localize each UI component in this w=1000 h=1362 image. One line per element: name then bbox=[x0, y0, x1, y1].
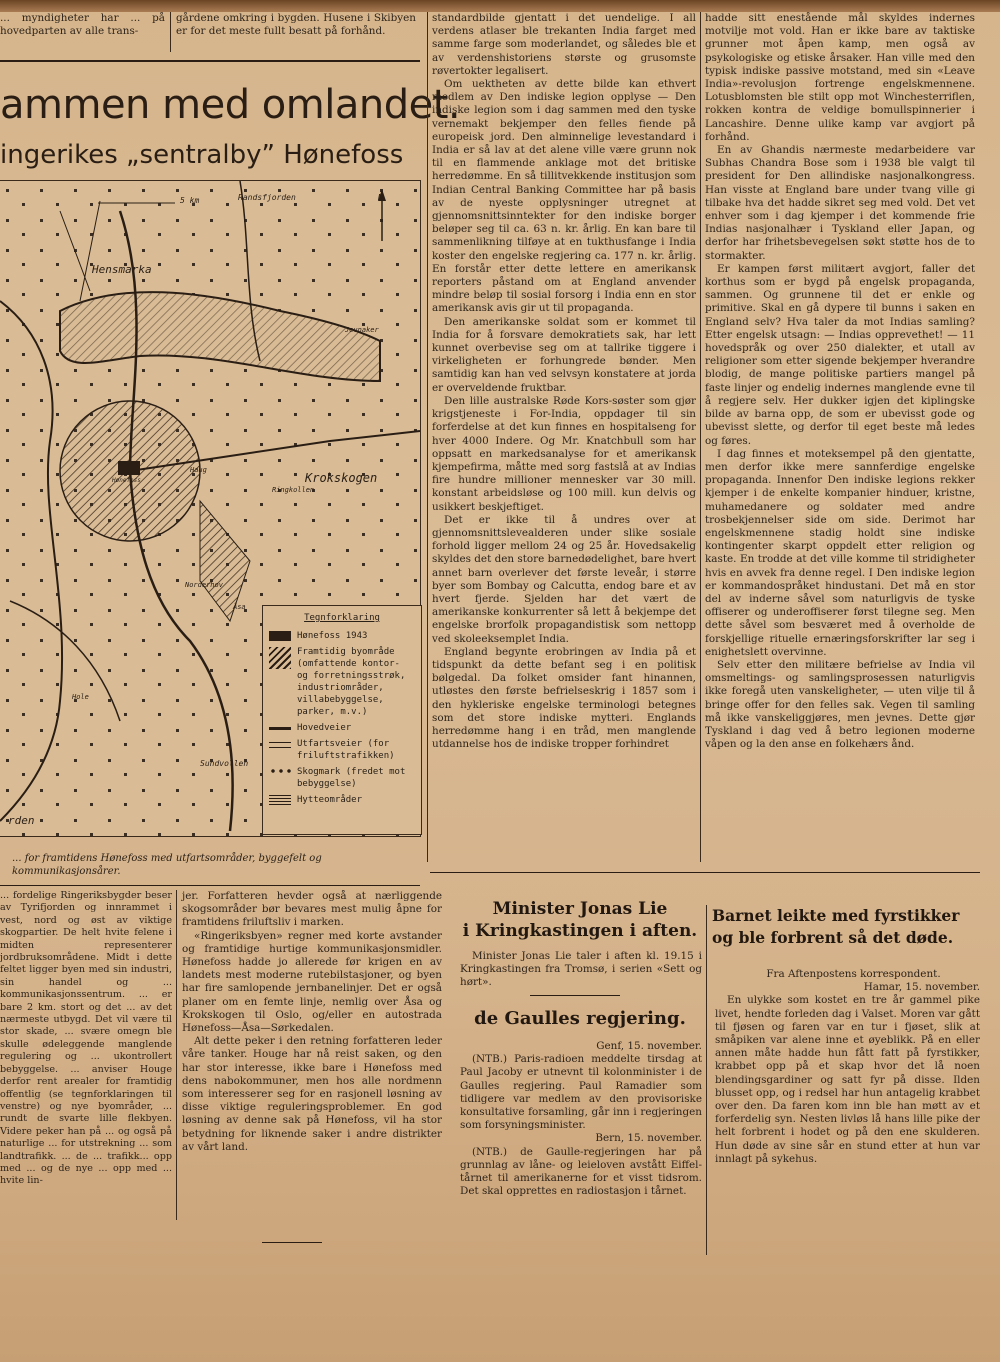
paragraph: «Ringeriksbyen» regner med korte avstand… bbox=[182, 930, 442, 1036]
column-rule bbox=[170, 12, 171, 52]
fragment-text: ... myndigheter har ... på hovedparten a… bbox=[0, 12, 165, 38]
headline-line: Barnet leikte med fyrstikker bbox=[712, 905, 982, 927]
ringerike-column-2: jer. Forfatteren hevder også at nærligge… bbox=[182, 890, 442, 1154]
paragraph: jer. Forfatteren hevder også at nærligge… bbox=[182, 890, 442, 930]
lie-body: Minister Jonas Lie taler i aften kl. 19.… bbox=[460, 950, 702, 990]
map-label-honefoss: Hønefoss bbox=[112, 477, 141, 484]
paragraph: (NTB.) de Gaulle-regjeringen har på grun… bbox=[460, 1146, 702, 1199]
map-label-randsfjorden: Randsfjorden bbox=[238, 193, 296, 202]
section-rule bbox=[0, 885, 420, 886]
dateline: Hamar, 15. november. bbox=[715, 981, 980, 994]
paragraph: Den lille australske Røde Kors-søster so… bbox=[432, 395, 696, 514]
dots-swatch-icon bbox=[269, 767, 291, 777]
legend-item: Utfartsveier (for friluftstrafikken) bbox=[269, 738, 415, 762]
map-label-krokskogen: Krokskogen bbox=[305, 471, 377, 485]
paragraph: I dag finnes et moteksempel på den gjent… bbox=[705, 448, 975, 659]
paragraph: England begynte erobringen av India på e… bbox=[432, 646, 696, 752]
legend-label: Framtidig byområde (omfattende kontor- o… bbox=[297, 646, 415, 718]
lie-headline: Minister Jonas Lie i Kringkastingen i af… bbox=[455, 898, 705, 942]
end-rule bbox=[262, 1242, 322, 1243]
map-label-fjorden: rden bbox=[8, 814, 35, 827]
india-column-2: hadde sitt enestående mål skyldes indern… bbox=[705, 12, 975, 751]
grid-swatch-icon bbox=[269, 795, 291, 805]
paragraph: En av Ghandis nærmeste medarbeidere var … bbox=[705, 144, 975, 263]
main-headline: ammen med omlandet. bbox=[0, 82, 460, 128]
byline: Fra Aftenpostens korrespondent. bbox=[715, 968, 980, 981]
map-label-hole: Hole bbox=[72, 693, 89, 701]
map-label-hensmarka: Hensmarka bbox=[92, 263, 152, 276]
road-line-icon bbox=[269, 727, 291, 730]
map-label-sundvollen: Sundvollen bbox=[200, 759, 248, 768]
paragraph: hadde sitt enestående mål skyldes indern… bbox=[705, 12, 975, 144]
solid-swatch-icon bbox=[269, 631, 291, 641]
paragraph: ... fordelige Ringeriksbygder beser av T… bbox=[0, 890, 172, 1188]
legend-title: Tegnforklaring bbox=[269, 612, 415, 624]
paragraph: standardbilde gjentatt i det uendelige. … bbox=[432, 12, 696, 78]
column-rule bbox=[706, 905, 707, 1255]
map-label-jevnaker: Jevnaker bbox=[345, 326, 379, 334]
page-top-edge bbox=[0, 0, 1000, 12]
dateline: Genf, 15. november. bbox=[460, 1040, 702, 1053]
article-separator bbox=[530, 995, 620, 996]
map-label-ringkollen: Ringkollen bbox=[272, 486, 314, 494]
headline-line: og ble forbrent så det døde. bbox=[712, 927, 982, 949]
section-rule bbox=[430, 872, 980, 873]
sub-headline: ingerikes „sentralby” Hønefoss bbox=[0, 140, 403, 170]
legend-label: Hovedveier bbox=[297, 722, 351, 734]
column-rule bbox=[427, 12, 428, 862]
legend-item: Framtidig byområde (omfattende kontor- o… bbox=[269, 646, 415, 718]
legend-item: Hovedveier bbox=[269, 722, 415, 734]
ringerike-column-1: ... fordelige Ringeriksbygder beser av T… bbox=[0, 890, 172, 1188]
paragraph: Er kampen først militært avgjort, faller… bbox=[705, 263, 975, 448]
dateline: Bern, 15. november. bbox=[460, 1132, 702, 1145]
paragraph: (NTB.) Paris-radioen meddelte tirsdag at… bbox=[460, 1053, 702, 1132]
gaulle-body: Genf, 15. november. (NTB.) Paris-radioen… bbox=[460, 1040, 702, 1198]
fragment-text: gårdene omkring i bygden. Husene i Skiby… bbox=[176, 12, 416, 38]
map-label-asa: Åsa bbox=[233, 603, 246, 611]
headline-line: i Kringkastingen i aften. bbox=[455, 920, 705, 942]
map-legend: Tegnforklaring Hønefoss 1943 Framtidig b… bbox=[262, 605, 422, 835]
gaulle-headline: de Gaulles regjering. bbox=[455, 1008, 705, 1029]
paragraph: Det er ikke til å undres over at gjennom… bbox=[432, 514, 696, 646]
scale-label: 5 km bbox=[180, 196, 199, 205]
legend-label: Utfartsveier (for friluftstrafikken) bbox=[297, 738, 415, 762]
map-label-haug: Haug bbox=[190, 466, 207, 474]
paragraph: En ulykke som kostet en tre år gammel pi… bbox=[715, 994, 980, 1166]
paragraph: Alt dette peker i den retning forfattere… bbox=[182, 1035, 442, 1154]
hatch-swatch-icon bbox=[269, 647, 291, 669]
paragraph: Minister Jonas Lie taler i aften kl. 19.… bbox=[460, 950, 702, 990]
india-column-1: standardbilde gjentatt i det uendelige. … bbox=[432, 12, 696, 751]
legend-label: Hytteområder bbox=[297, 794, 362, 806]
legend-item: Skogmark (fredet mot bebyggelse) bbox=[269, 766, 415, 790]
paragraph: Selv etter den militære befrielse av Ind… bbox=[705, 659, 975, 751]
paragraph: Den amerikanske soldat som er kommet til… bbox=[432, 316, 696, 395]
map-label-norderhov: Norderhov bbox=[185, 581, 223, 589]
top-mid-fragment: gårdene omkring i bygden. Husene i Skiby… bbox=[176, 12, 416, 38]
barnet-body: Fra Aftenpostens korrespondent. Hamar, 1… bbox=[715, 968, 980, 1166]
legend-item: Hytteområder bbox=[269, 794, 415, 806]
headline-line: Minister Jonas Lie bbox=[455, 898, 705, 920]
map-caption: ... for framtidens Hønefoss med utfartso… bbox=[12, 852, 412, 878]
legend-label: Hønefoss 1943 bbox=[297, 630, 367, 642]
north-arrow-label: N bbox=[378, 193, 383, 202]
double-line-icon bbox=[269, 742, 291, 748]
barnet-headline: Barnet leikte med fyrstikker og ble forb… bbox=[712, 905, 982, 949]
newspaper-page: ... myndigheter har ... på hovedparten a… bbox=[0, 0, 1000, 1362]
top-left-fragment: ... myndigheter har ... på hovedparten a… bbox=[0, 12, 165, 38]
column-rule bbox=[176, 890, 177, 1220]
column-rule bbox=[700, 12, 701, 862]
section-rule bbox=[0, 60, 420, 62]
legend-item: Hønefoss 1943 bbox=[269, 630, 415, 642]
paragraph: Om uektheten av dette bilde kan ethvert … bbox=[432, 78, 696, 316]
legend-label: Skogmark (fredet mot bebyggelse) bbox=[297, 766, 415, 790]
